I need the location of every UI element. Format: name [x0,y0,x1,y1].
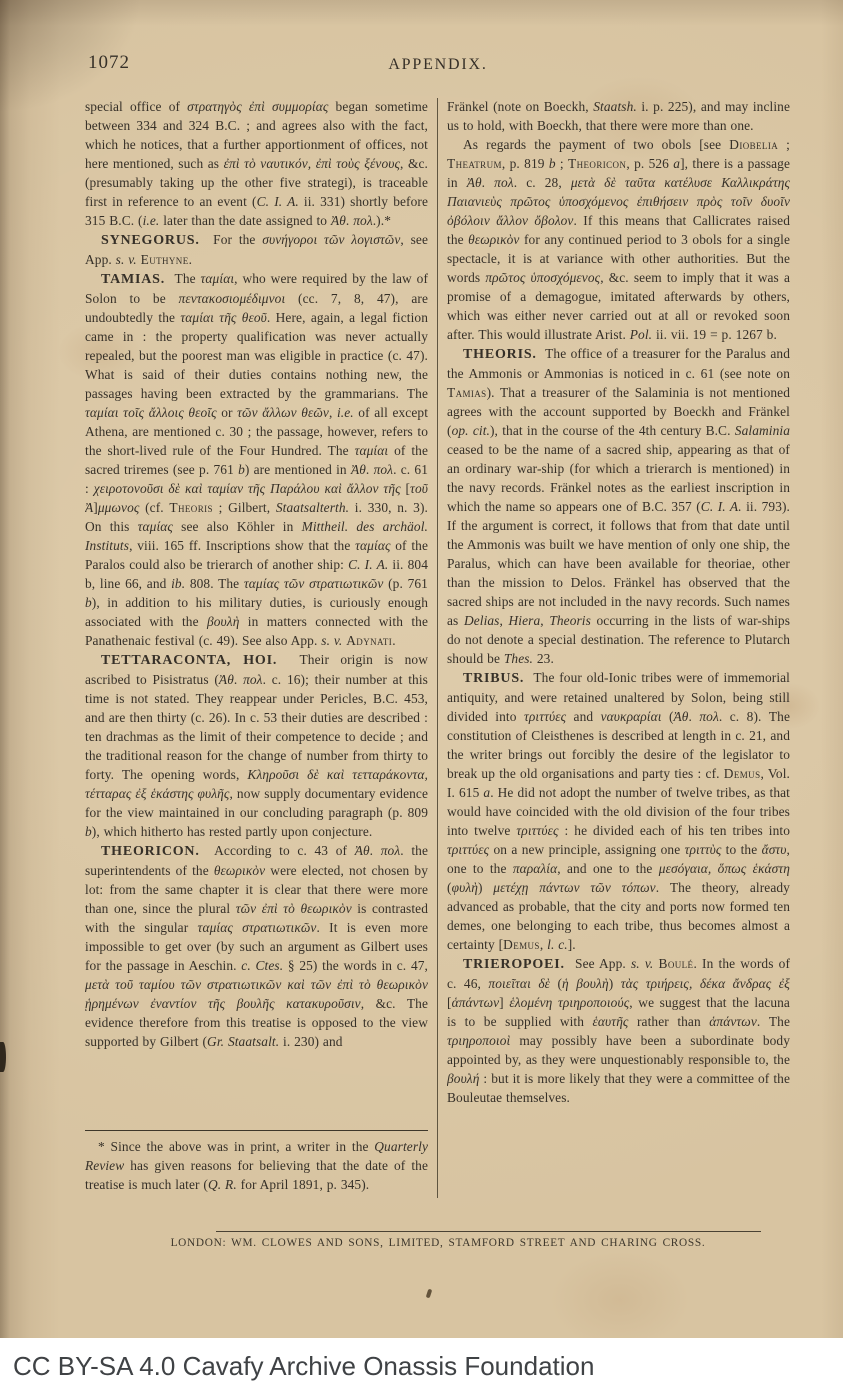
book-page: 1072 APPENDIX. special office of στρατηγ… [0,0,843,1395]
entry-headword: TRIBUS. [463,671,524,686]
imprint-rule [216,1231,761,1232]
printer-imprint: LONDON: WM. CLOWES AND SONS, LIMITED, ST… [85,1237,791,1249]
paragraph: Fränkel (note on Boeckh, Staatsh. i. p. … [447,97,790,135]
paragraph: special office of στρατηγὸς ἐπὶ συμμορία… [85,97,428,230]
text-column-right: Fränkel (note on Boeckh, Staatsh. i. p. … [447,97,790,1180]
entry-paragraph: TAMIAS. The ταμίαι, who were required by… [85,269,428,650]
footnote: * Since the above was in print, a writer… [85,1137,428,1194]
entry-paragraph: THEORIS. The office of a treasurer for t… [447,344,790,668]
paper-speck [426,1289,433,1299]
column-right-body: Fränkel (note on Boeckh, Staatsh. i. p. … [447,97,790,1180]
text-column-left: special office of στρατηγὸς ἐπὶ συμμορία… [85,97,428,1194]
entry-paragraph: TRIBUS. The four old-Ionic tribes were o… [447,668,790,954]
entry-headword: SYNEGORUS. [101,233,200,248]
license-watermark-text: CC BY-SA 4.0 Cavafy Archive Onassis Foun… [0,1351,594,1382]
footnote-rule [85,1130,428,1131]
page-edge-mark [0,1042,6,1072]
entry-paragraph: SYNEGORUS. For the συνήγοροι τῶν λογιστῶ… [85,230,428,269]
entry-paragraph: THEORICON. According to c. 43 of Ἀθ. πολ… [85,841,428,1051]
license-watermark-bar: CC BY-SA 4.0 Cavafy Archive Onassis Foun… [0,1338,843,1395]
running-title: APPENDIX. [85,56,791,74]
column-left-body: special office of στρατηγὸς ἐπὶ συμμορία… [85,97,428,1123]
paragraph: As regards the payment of two obols [see… [447,135,790,344]
column-divider [437,98,438,1198]
entry-paragraph: TRIEROPOEI. See App. s. v. Boulé. In the… [447,954,790,1107]
entry-headword: THEORICON. [101,844,200,859]
entry-headword: THEORIS. [463,347,537,362]
entry-headword: TETTARACONTA, HOI. [101,653,277,668]
entry-paragraph: TETTARACONTA, HOI. Their origin is now a… [85,650,428,841]
entry-headword: TAMIAS. [101,272,165,287]
entry-headword: TRIEROPOEI. [463,957,565,972]
